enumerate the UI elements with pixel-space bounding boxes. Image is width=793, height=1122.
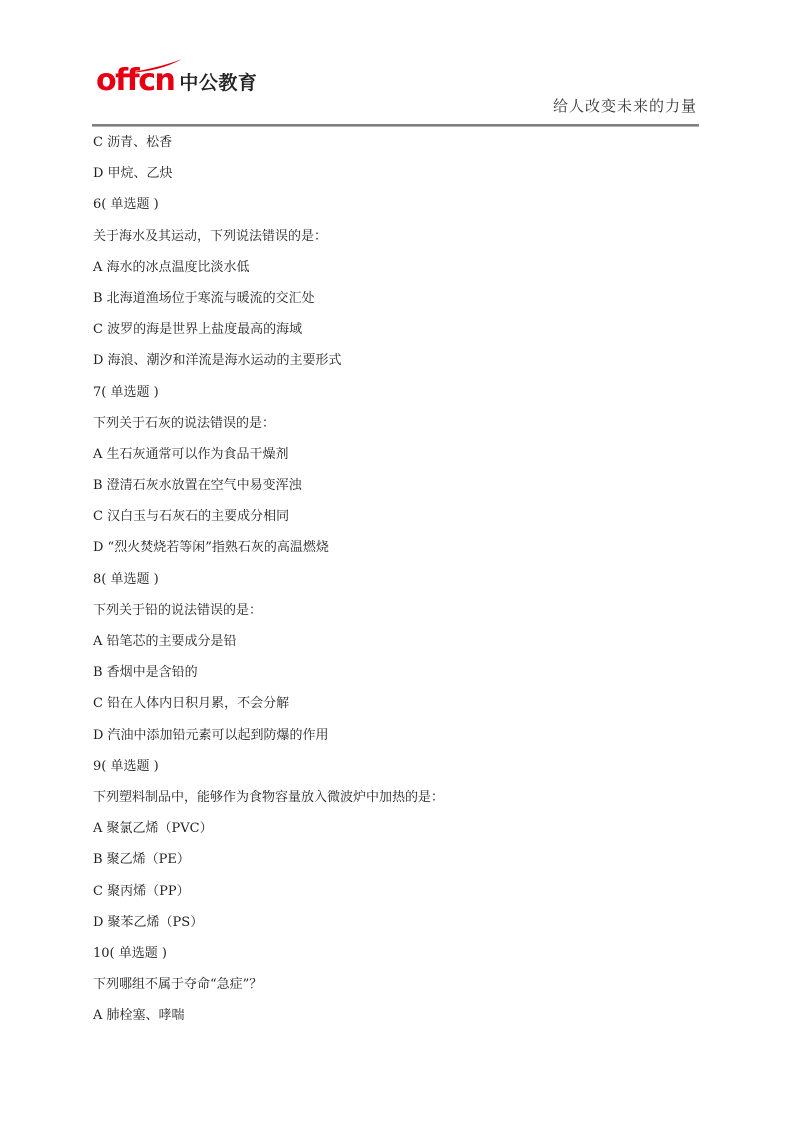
question-stem: 下列塑料制品中，能够作为食物容量放入微波炉中加热的是：	[93, 789, 703, 820]
option-line: D 甲烷、乙炔	[93, 165, 703, 196]
option-line: B 澄清石灰水放置在空气中易变浑浊	[93, 477, 703, 508]
option-line: B 北海道渔场位于寒流与暖流的交汇处	[93, 290, 703, 321]
option-line: A 铅笔芯的主要成分是铅	[93, 633, 703, 664]
logo-wordmark: offcn	[96, 66, 174, 96]
option-line: A 聚氯乙烯（PVC）	[93, 820, 703, 851]
question-number: 8( 单选题 )	[93, 571, 703, 602]
question-stem: 下列哪组不属于夺命“急症”？	[93, 976, 703, 1007]
option-line: D “烈火焚烧若等闲”指熟石灰的高温燃烧	[93, 539, 703, 570]
question-stem: 下列关于石灰的说法错误的是：	[93, 415, 703, 446]
option-line: C 聚丙烯（PP）	[93, 883, 703, 914]
option-line: C 铅在人体内日积月累，不会分解	[93, 695, 703, 726]
option-line: D 聚苯乙烯（PS）	[93, 914, 703, 945]
question-stem: 下列关于铅的说法错误的是：	[93, 602, 703, 633]
document-body: C 沥青、松香 D 甲烷、乙炔 6( 单选题 ) 关于海水及其运动，下列说法错误…	[93, 134, 703, 1038]
option-line: C 汉白玉与石灰石的主要成分相同	[93, 508, 703, 539]
page-header: offcn 中公教育 给人改变未来的力量	[0, 0, 793, 130]
option-line: B 香烟中是含铅的	[93, 664, 703, 695]
logo-cn-text: 中公教育	[179, 70, 257, 96]
option-line: D 海浪、潮汐和洋流是海水运动的主要形式	[93, 352, 703, 383]
option-line: A 肺栓塞、哮喘	[93, 1007, 703, 1038]
option-line: B 聚乙烯（PE）	[93, 851, 703, 882]
option-line: A 海水的冰点温度比淡水低	[93, 259, 703, 290]
option-line: D 汽油中添加铅元素可以起到防爆的作用	[93, 727, 703, 758]
option-line: C 波罗的海是世界上盐度最高的海域	[93, 321, 703, 352]
question-stem: 关于海水及其运动，下列说法错误的是：	[93, 228, 703, 259]
offcn-logo: offcn 中公教育	[96, 62, 257, 96]
option-line: A 生石灰通常可以作为食品干燥剂	[93, 446, 703, 477]
option-line: C 沥青、松香	[93, 134, 703, 165]
header-slogan: 给人改变未来的力量	[553, 95, 697, 116]
logo-swoosh-icon	[126, 58, 184, 74]
question-number: 7( 单选题 )	[93, 384, 703, 415]
question-number: 10( 单选题 )	[93, 945, 703, 976]
question-number: 6( 单选题 )	[93, 196, 703, 227]
header-divider	[92, 124, 699, 127]
question-number: 9( 单选题 )	[93, 758, 703, 789]
